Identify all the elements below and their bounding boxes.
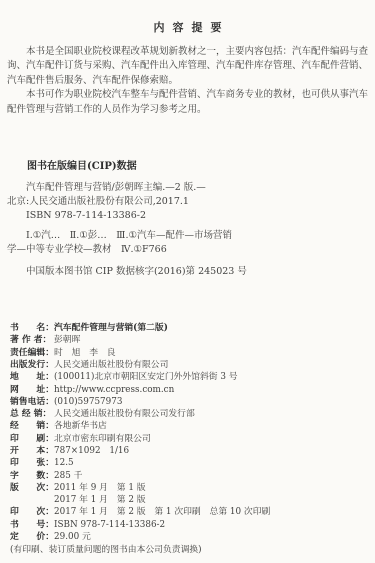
colophon-row-sheets: 印 张： 12.5 bbox=[7, 457, 368, 469]
colophon-row-edition-cont: 2017 年 1 月 第 2 版 bbox=[7, 494, 368, 506]
colophon-value: 2017 年 1 月 第 2 版 bbox=[54, 494, 368, 506]
colophon-label: 字 数： bbox=[10, 470, 54, 482]
colophon-value: http://www.ccpress.com.cn bbox=[54, 384, 368, 396]
colophon-label: 开 本： bbox=[10, 445, 54, 457]
colophon-row-isbn: 书 号： ISBN 978-7-114-13386-2 bbox=[7, 519, 368, 531]
colophon-value: 29.00 元 bbox=[54, 531, 368, 543]
colophon-label: 版 次： bbox=[10, 482, 54, 494]
colophon-label: 地 址： bbox=[10, 371, 54, 383]
cip-record-line: 中国版本图书馆 CIP 数据核字(2016)第 245023 号 bbox=[7, 263, 368, 277]
cip-section: 图书在版编目(CIP)数据 汽车配件管理与营销/彭朝晖主编.—2 版.— 北京:… bbox=[7, 157, 368, 277]
colophon-label: 责任编辑： bbox=[10, 347, 54, 359]
quality-note: (有印刷、装订质量问题的图书由本公司负责调换) bbox=[7, 544, 368, 556]
colophon-value: 12.5 bbox=[54, 457, 368, 469]
colophon-row-impression: 印 次： 2017 年 1 月 第 2 版 第 1 次印刷 总第 10 次印刷 bbox=[7, 506, 368, 518]
colophon-label: 书 名： bbox=[10, 322, 54, 334]
colophon-label: 印 刷： bbox=[10, 433, 54, 445]
colophon-value: (010)59757973 bbox=[54, 396, 368, 408]
colophon-label: 经 销： bbox=[10, 420, 54, 432]
cip-title-line: 汽车配件管理与营销/彭朝晖主编.—2 版.— bbox=[7, 181, 368, 195]
colophon-label: 定 价： bbox=[10, 531, 54, 543]
colophon-section: 书 名： 汽车配件管理与营销(第二版) 著 作 者： 彭朝晖 责任编辑： 时 旭… bbox=[7, 322, 368, 557]
colophon-value: 北京市密东印刷有限公司 bbox=[54, 433, 368, 445]
colophon-label: 印 次： bbox=[10, 506, 54, 518]
cip-publisher-line: 北京:人民交通出版社股份有限公司,2017.1 bbox=[7, 195, 368, 209]
colophon-row-sales-phone: 销售电话： (010)59757973 bbox=[7, 396, 368, 408]
colophon-label: 网 址： bbox=[10, 384, 54, 396]
colophon-row-price: 定 价： 29.00 元 bbox=[7, 531, 368, 543]
cip-header: 图书在版编目(CIP)数据 bbox=[27, 157, 368, 172]
colophon-value: 2017 年 1 月 第 2 版 第 1 次印刷 总第 10 次印刷 bbox=[54, 506, 368, 518]
colophon-row-website: 网 址： http://www.ccpress.com.cn bbox=[7, 384, 368, 396]
summary-title: 内容提要 bbox=[7, 0, 368, 35]
colophon-value: 人民交通出版社股份有限公司发行部 bbox=[54, 408, 368, 420]
colophon-row-author: 著 作 者： 彭朝晖 bbox=[7, 334, 368, 346]
colophon-label: 出版发行： bbox=[10, 359, 54, 371]
colophon-value: 各地新华书店 bbox=[54, 420, 368, 432]
colophon-value: 2011 年 9 月 第 1 版 bbox=[54, 482, 368, 494]
colophon-label: 著 作 者： bbox=[10, 334, 54, 346]
colophon-value: ISBN 978-7-114-13386-2 bbox=[54, 519, 368, 531]
colophon-row-word-count: 字 数： 285 千 bbox=[7, 470, 368, 482]
colophon-row-editor: 责任编辑： 时 旭 李 良 bbox=[7, 347, 368, 359]
cip-classification-line-1: Ⅰ.①汽… Ⅱ.①彭… Ⅲ.①汽车—配件—市场营销 bbox=[7, 229, 368, 243]
colophon-row-address: 地 址： (100011)北京市朝阳区安定门外外馆斜街 3 号 bbox=[7, 371, 368, 383]
copyright-page: 内容提要 本书是全国职业院校课程改革规划新教材之一，主要内容包括：汽车配件编码与… bbox=[0, 0, 375, 563]
colophon-value: (100011)北京市朝阳区安定门外外馆斜街 3 号 bbox=[54, 371, 368, 383]
colophon-row-publisher: 出版发行： 人民交通出版社股份有限公司 bbox=[7, 359, 368, 371]
cip-isbn-line: ISBN 978-7-114-13386-2 bbox=[7, 209, 368, 223]
colophon-label: 印 张： bbox=[10, 457, 54, 469]
colophon-row-edition: 版 次： 2011 年 9 月 第 1 版 bbox=[7, 482, 368, 494]
colophon-label bbox=[10, 494, 54, 506]
colophon-value: 人民交通出版社股份有限公司 bbox=[54, 359, 368, 371]
colophon-row-distributor: 总 经 销： 人民交通出版社股份有限公司发行部 bbox=[7, 408, 368, 420]
colophon-row-title: 书 名： 汽车配件管理与营销(第二版) bbox=[7, 322, 368, 334]
colophon-label: 书 号： bbox=[10, 519, 54, 531]
colophon-value: 时 旭 李 良 bbox=[54, 347, 368, 359]
colophon-label: 总 经 销： bbox=[10, 408, 54, 420]
colophon-row-printer: 印 刷： 北京市密东印刷有限公司 bbox=[7, 433, 368, 445]
colophon-value: 285 千 bbox=[54, 470, 368, 482]
colophon-row-format: 开 本： 787×1092 1/16 bbox=[7, 445, 368, 457]
colophon-value: 彭朝晖 bbox=[54, 334, 368, 346]
colophon-label: 销售电话： bbox=[10, 396, 54, 408]
colophon-value: 汽车配件管理与营销(第二版) bbox=[54, 322, 368, 334]
cip-classification-line-2: 学—中等专业学校—教材 Ⅳ.①F766 bbox=[7, 243, 368, 257]
colophon-row-seller: 经 销： 各地新华书店 bbox=[7, 420, 368, 432]
summary-paragraph-1: 本书是全国职业院校课程改革规划新教材之一，主要内容包括：汽车配件编码与查询、汽车… bbox=[7, 45, 368, 88]
summary-paragraph-2: 本书可作为职业院校汽车整车与配件营销、汽车商务专业的教材，也可供从事汽车配件管理… bbox=[7, 88, 368, 117]
colophon-value: 787×1092 1/16 bbox=[54, 445, 368, 457]
